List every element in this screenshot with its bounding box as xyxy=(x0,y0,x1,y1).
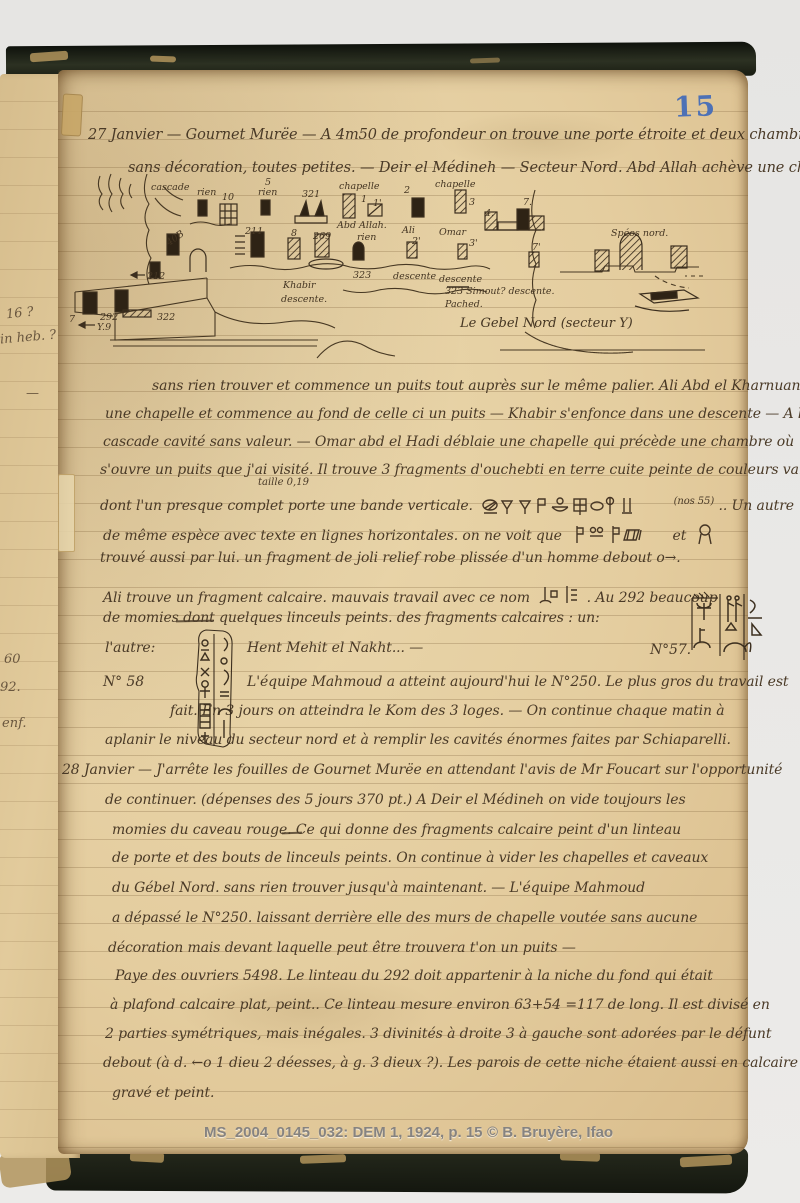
sketch-label: Omar xyxy=(439,227,467,238)
journal-line: trouvé aussi par lui. un fragment de jol… xyxy=(100,550,681,566)
journal-line: l'autre: xyxy=(105,640,155,656)
page-number: 15 xyxy=(673,89,717,123)
journal-text: et xyxy=(673,528,687,544)
sketch-label: 7 xyxy=(69,314,76,325)
sketch-label: 211 xyxy=(244,226,263,237)
catalog-reference: MS_2004_0145_032: DEM 1, 1924, p. 15 xyxy=(204,1124,483,1141)
sketch-label: Pached. xyxy=(444,299,483,310)
journal-text: .. Un autre xyxy=(718,498,793,514)
sketch-label: rien xyxy=(357,232,376,243)
sketch-label: 322 xyxy=(157,312,175,323)
journal-line: cascade cavité sans valeur. — Omar abd e… xyxy=(103,434,794,450)
sketch-label: cascade xyxy=(151,182,190,193)
sketch-label: Spéos nord. xyxy=(611,228,668,239)
insertion-note: taille 0,19 xyxy=(258,477,309,488)
journal-text: de même espèce avec texte en lignes hori… xyxy=(103,528,562,544)
sketch-label: Abd Allah. xyxy=(336,220,387,231)
sketch-label: Ali xyxy=(401,225,415,236)
sketch-label: 8 xyxy=(291,228,297,239)
journal-line: 27 Janvier — Gournet Murëe — A 4m50 de p… xyxy=(88,127,800,143)
sketch-label: descente xyxy=(393,271,436,282)
journal-line: debout (à d. ←o 1 dieu 2 déesses, à g. 3… xyxy=(103,1055,798,1071)
journal-line: décoration mais devant laquelle peut êtr… xyxy=(108,940,576,956)
journal-line: de même espèce avec texte en lignes hori… xyxy=(103,522,719,546)
margin-note: 16 ? xyxy=(5,305,34,323)
journal-line: de porte et des bouts de linceuls peints… xyxy=(112,850,708,866)
margin-note: — xyxy=(26,386,39,401)
sketch-label: descente xyxy=(439,274,482,285)
binding-repair-patch xyxy=(58,474,75,552)
sketch-label: 2' xyxy=(411,236,421,247)
journal-line: Hent Mehit el Nakht... — xyxy=(247,640,423,656)
sketch-label: 4. xyxy=(484,208,494,219)
sketch-label: 323 Simout? descente. xyxy=(445,286,555,297)
sketch-label: 212 xyxy=(146,271,165,282)
object-number-note: (nos 55) xyxy=(674,496,715,507)
journal-line: 2 parties symétriques, mais inégales. 3 … xyxy=(105,1026,771,1042)
sketch-label: 3 xyxy=(469,197,475,208)
sketch-label: 321 xyxy=(302,189,320,200)
cover-scuff xyxy=(470,57,500,63)
journal-line: fait. En 3 jours on atteindra le Kom des… xyxy=(170,703,725,719)
sketch-label: 2 xyxy=(403,185,410,196)
margin-note: 60 xyxy=(4,652,21,667)
sketch-label: Y.9 xyxy=(97,322,111,333)
object-number: N°57. xyxy=(650,642,691,658)
sketch-label: descente. xyxy=(281,294,327,305)
lasso-hieroglyph-icon xyxy=(694,522,716,546)
sketch-label: 1 xyxy=(361,194,367,205)
journal-line: s'ouvre un puits que j'ai visité. Il tro… xyxy=(100,462,800,478)
sketch-label: 7' xyxy=(532,242,541,253)
journal-text: Ali trouve un fragment calcaire. mauvais… xyxy=(103,590,530,606)
stela-fragment-hieroglyph-columns-icon xyxy=(192,626,238,750)
sketch-label: Khabir xyxy=(282,280,317,291)
cover-scuff xyxy=(300,1154,346,1164)
margin-note: enf. xyxy=(2,716,27,731)
cover-scuff xyxy=(150,56,176,63)
journal-line: Ali trouve un fragment calcaire. mauvais… xyxy=(103,582,717,608)
journal-line: de continuer. (dépenses des 5 jours 370 … xyxy=(105,792,686,808)
sketch-label: rien xyxy=(197,187,216,198)
sketch-label: chapelle xyxy=(339,181,380,192)
journal-line: momies du caveau rouge. Ce qui donne des… xyxy=(112,822,681,838)
limestone-fragment-hieroglyphs-icon xyxy=(686,590,766,664)
journal-line: 28 Janvier — J'arrête les fouilles de Go… xyxy=(62,762,782,778)
journal-line: dont l'un presque complet porte une band… xyxy=(100,492,794,516)
sketch-label: chapelle xyxy=(435,179,476,190)
journal-line: du Gébel Nord. sans rien trouver jusqu'à… xyxy=(112,880,645,896)
name-hieroglyphs-icon xyxy=(537,582,579,608)
journal-line: sans rien trouver et commence un puits t… xyxy=(152,378,800,394)
sketch-label: 269 xyxy=(312,231,331,242)
sketch-label: 1' xyxy=(373,198,382,209)
scanned-notebook-photo: 16 ? in heb. ? — 60 92. enf. 15 27 Janvi… xyxy=(0,0,800,1203)
ouchebti-vertical-band-hieroglyphs-icon xyxy=(480,492,666,516)
margin-note: 92. xyxy=(0,680,21,695)
journal-text: dont l'un presque complet porte une band… xyxy=(100,498,473,514)
journal-line: de momies dont quelques linceuls peints.… xyxy=(103,610,600,626)
journal-line: une chapelle et commence au fond de cell… xyxy=(105,406,800,422)
journal-line: gravé et peint. xyxy=(112,1085,214,1101)
journal-line: a dépassé le N°250. laissant derrière el… xyxy=(112,910,697,926)
sketch-label: 7. xyxy=(523,197,532,208)
sketch-caption: Le Gebel Nord (secteur Y) xyxy=(459,316,633,331)
journal-line: à plafond calcaire plat, peint.. Ce lint… xyxy=(110,997,770,1013)
sketch-label: 10 xyxy=(222,192,234,203)
sketch-label: 323 xyxy=(353,270,371,281)
margin-note: in heb. ? xyxy=(0,328,57,348)
sketch-label: rien xyxy=(258,187,277,198)
gebel-nord-site-sketch: cascade rien 10 5 rien 321 chapelle 1 1'… xyxy=(55,172,705,376)
horizontal-text-hieroglyphs-icon xyxy=(569,522,665,546)
scan-footer: MS_2004_0145_032: DEM 1, 1924, p. 15 © B… xyxy=(0,1124,800,1146)
sketch-label: 3' xyxy=(469,238,478,249)
journal-line: L'équipe Mahmoud a atteint aujourd'hui l… xyxy=(247,674,788,690)
copyright-notice: © B. Bruyère, Ifao xyxy=(487,1124,613,1141)
binding-repair-patch xyxy=(61,94,83,137)
journal-line: N° 58 xyxy=(103,674,144,690)
journal-line: Paye des ouvriers 5498. Le linteau du 29… xyxy=(115,968,713,984)
